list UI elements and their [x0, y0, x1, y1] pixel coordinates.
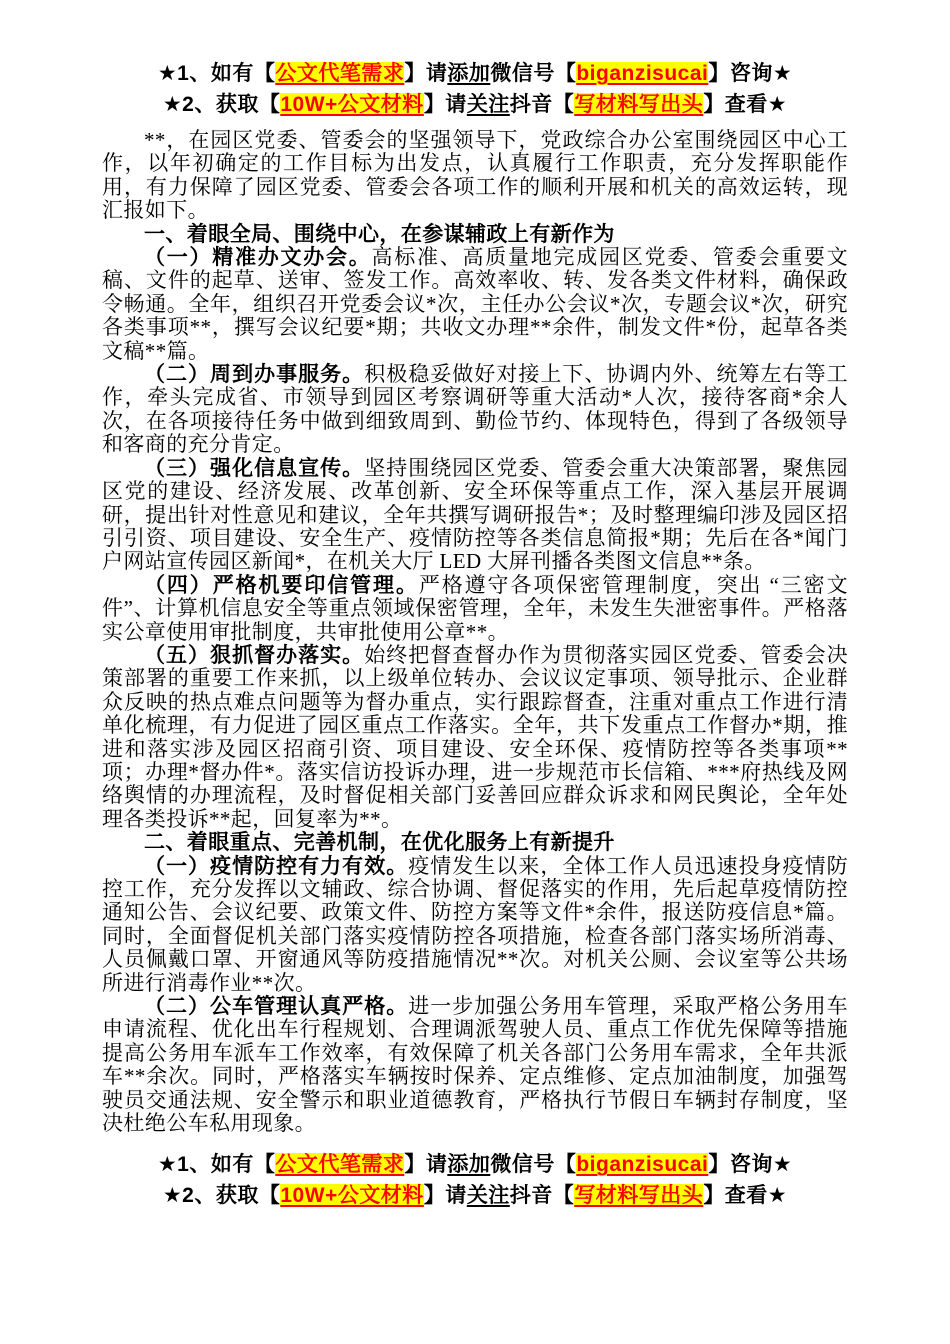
document-body: **，在园区党委、管委会的坚强领导下，党政综合办公室围绕园区中心工作，以年初确定… [102, 129, 848, 1135]
promo-wechat-id: biganzisucai [576, 62, 708, 85]
promo-text: 】咨询★ [708, 1153, 792, 1176]
section-1-item-5: （五）狠抓督办落实。始终把督查督办作为贯彻落实园区党委、管委会决策部署的重要工作… [102, 644, 848, 831]
promo-text: 微信号【 [490, 62, 576, 85]
promo-header-line-2: ★2、获取【10W+公文材料】请关注抖音【写材料写出头】查看★ [102, 89, 848, 120]
promo-douyin-id: 写材料写出头 [574, 1184, 703, 1207]
section-1-item-3: （三）强化信息宣传。坚持围绕园区党委、管委会重大决策部署，聚焦园区党的建设、经济… [102, 457, 848, 574]
section-1-item-4: （四）严格机要印信管理。严格遵守各项保密管理制度，突出 “三密文件”、计算机信息… [102, 574, 848, 644]
promo-underline-follow: 关注 [467, 1184, 510, 1207]
promo-highlight-materials: 10W+公文材料 [280, 1184, 423, 1207]
item-lead: （四）严格机要印信管理。 [144, 573, 419, 597]
item-lead: （五）狠抓督办落实。 [144, 643, 364, 667]
promo-highlight-service: 公文代笔需求 [275, 62, 404, 85]
promo-footer: ★1、如有【公文代笔需求】请添加微信号【biganzisucai】咨询★ ★2、… [102, 1149, 848, 1211]
promo-text: 抖音【 [510, 1184, 575, 1207]
promo-wechat-id: biganzisucai [576, 1153, 708, 1176]
promo-text: ★1、如有【 [158, 1153, 276, 1176]
promo-highlight-materials: 10W+公文材料 [280, 93, 423, 116]
promo-highlight-service: 公文代笔需求 [275, 1153, 404, 1176]
promo-text: 】查看★ [703, 93, 787, 116]
item-text: 始终把督查督办作为贯彻落实园区党委、管委会决策部署的重要工作来抓，以上级单位转办… [102, 643, 848, 831]
section-1-item-1: （一）精准办文办会。高标准、高质量地完成园区党委、管委会重要文稿、文件的起草、送… [102, 246, 848, 363]
item-lead: （二）周到办事服务。 [144, 362, 364, 386]
promo-text: ★1、如有【 [158, 62, 276, 85]
promo-text: ★2、获取【 [163, 1184, 281, 1207]
promo-text: 抖音【 [510, 93, 575, 116]
promo-underline-add: 添加 [447, 62, 490, 85]
promo-text: 】请 [424, 93, 467, 116]
promo-footer-line-2: ★2、获取【10W+公文材料】请关注抖音【写材料写出头】查看★ [102, 1180, 848, 1211]
promo-text: ★2、获取【 [163, 93, 281, 116]
promo-text: 微信号【 [490, 1153, 576, 1176]
promo-text: 】咨询★ [708, 62, 792, 85]
section-2-heading: 二、着眼重点、完善机制，在优化服务上有新提升 [102, 831, 848, 854]
promo-header-line-1: ★1、如有【公文代笔需求】请添加微信号【biganzisucai】咨询★ [102, 58, 848, 89]
promo-header: ★1、如有【公文代笔需求】请添加微信号【biganzisucai】咨询★ ★2、… [102, 58, 848, 120]
promo-text: 】请 [404, 62, 447, 85]
section-1-item-2: （二）周到办事服务。积极稳妥做好对接上下、协调内外、统筹左右等工作，牵头完成省、… [102, 363, 848, 457]
section-1-heading: 一、着眼全局、围绕中心，在参谋辅政上有新作为 [102, 223, 848, 246]
item-lead: （三）强化信息宣传。 [144, 456, 364, 480]
promo-footer-line-1: ★1、如有【公文代笔需求】请添加微信号【biganzisucai】咨询★ [102, 1149, 848, 1180]
promo-douyin-id: 写材料写出头 [574, 93, 703, 116]
item-lead: （一）疫情防控有力有效。 [144, 854, 408, 878]
section-2-item-1: （一）疫情防控有力有效。疫情发生以来，全体工作人员迅速投身疫情防控工作，充分发挥… [102, 855, 848, 995]
promo-text: 】请 [424, 1184, 467, 1207]
document-page: ★1、如有【公文代笔需求】请添加微信号【biganzisucai】咨询★ ★2、… [0, 0, 950, 1344]
section-2-item-2: （二）公车管理认真严格。进一步加强公务用车管理，采取严格公务用车申请流程、优化出… [102, 995, 848, 1135]
intro-paragraph: **，在园区党委、管委会的坚强领导下，党政综合办公室围绕园区中心工作，以年初确定… [102, 129, 848, 223]
promo-text: 】请 [404, 1153, 447, 1176]
promo-text: 】查看★ [703, 1184, 787, 1207]
promo-underline-follow: 关注 [467, 93, 510, 116]
item-lead: （二）公车管理认真严格。 [144, 994, 408, 1018]
promo-underline-add: 添加 [447, 1153, 490, 1176]
item-lead: （一）精准办文办会。 [144, 245, 372, 269]
